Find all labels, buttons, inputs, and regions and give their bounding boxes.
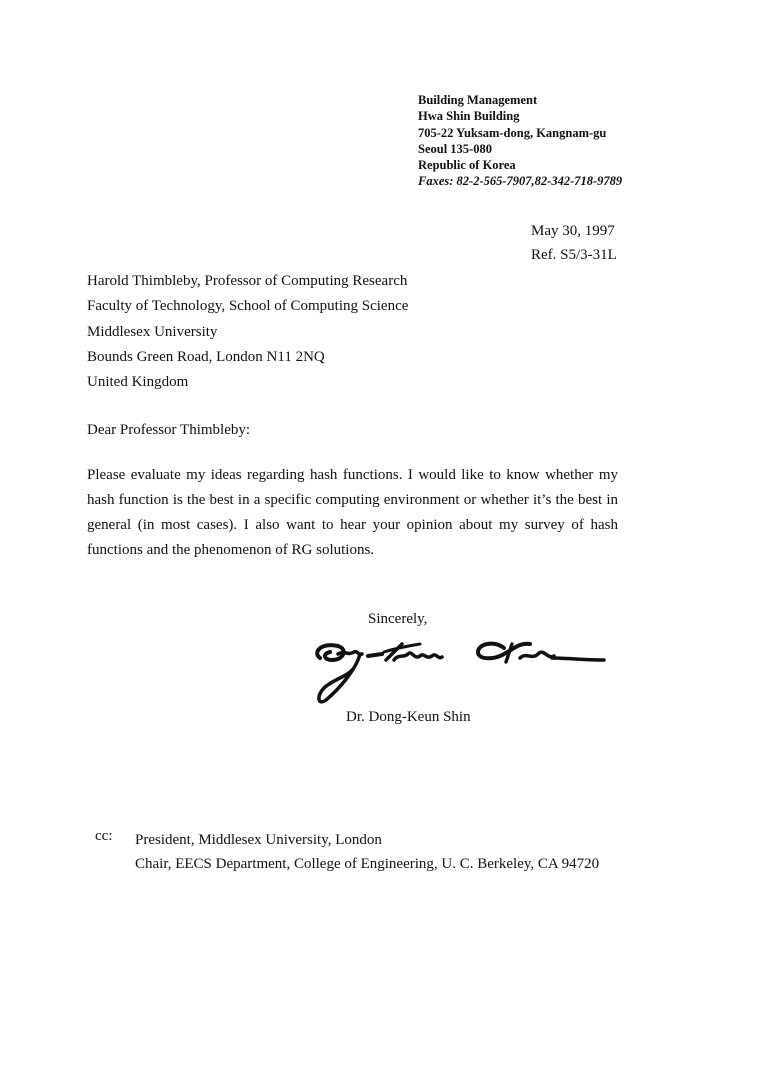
- recipient-line: Faculty of Technology, School of Computi…: [87, 294, 408, 319]
- letter-reference: Ref. S5/3-31L: [531, 243, 617, 267]
- sender-line: Hwa Shin Building: [418, 108, 622, 124]
- sender-faxes: Faxes: 82-2-565-7907,82-342-718-9789: [418, 173, 622, 189]
- letter-date: May 30, 1997: [531, 219, 617, 243]
- body-line: Please evaluate my ideas regarding hash …: [87, 463, 618, 488]
- sender-line: Building Management: [418, 92, 622, 108]
- body-line: hash function is the best in a specific …: [87, 488, 618, 513]
- cc-label: cc:: [95, 828, 112, 845]
- signer-name: Dr. Dong-Keun Shin: [346, 709, 471, 726]
- recipient-line: United Kingdom: [87, 370, 408, 395]
- body-paragraph: Please evaluate my ideas regarding hash …: [87, 463, 618, 563]
- cc-recipient: Chair, EECS Department, College of Engin…: [135, 852, 599, 876]
- closing: Sincerely,: [368, 611, 427, 628]
- salutation: Dear Professor Thimbleby:: [87, 422, 250, 439]
- recipient-address-block: Harold Thimbleby, Professor of Computing…: [87, 269, 408, 395]
- date-block: May 30, 1997 Ref. S5/3-31L: [531, 219, 617, 267]
- sender-address-block: Building Management Hwa Shin Building 70…: [418, 92, 622, 190]
- recipient-line: Bounds Green Road, London N11 2NQ: [87, 345, 408, 370]
- cc-recipient: President, Middlesex University, London: [135, 828, 599, 852]
- cc-recipients: President, Middlesex University, London …: [135, 828, 599, 876]
- body-line: functions and the phenomenon of RG solut…: [87, 538, 618, 563]
- body-line: general (in most cases). I also want to …: [87, 513, 618, 538]
- sender-line: Republic of Korea: [418, 157, 622, 173]
- recipient-line: Harold Thimbleby, Professor of Computing…: [87, 269, 408, 294]
- recipient-line: Middlesex University: [87, 320, 408, 345]
- sender-line: 705-22 Yuksam-dong, Kangnam-gu: [418, 125, 622, 141]
- sender-line: Seoul 135-080: [418, 141, 622, 157]
- handwritten-signature-icon: [308, 630, 608, 706]
